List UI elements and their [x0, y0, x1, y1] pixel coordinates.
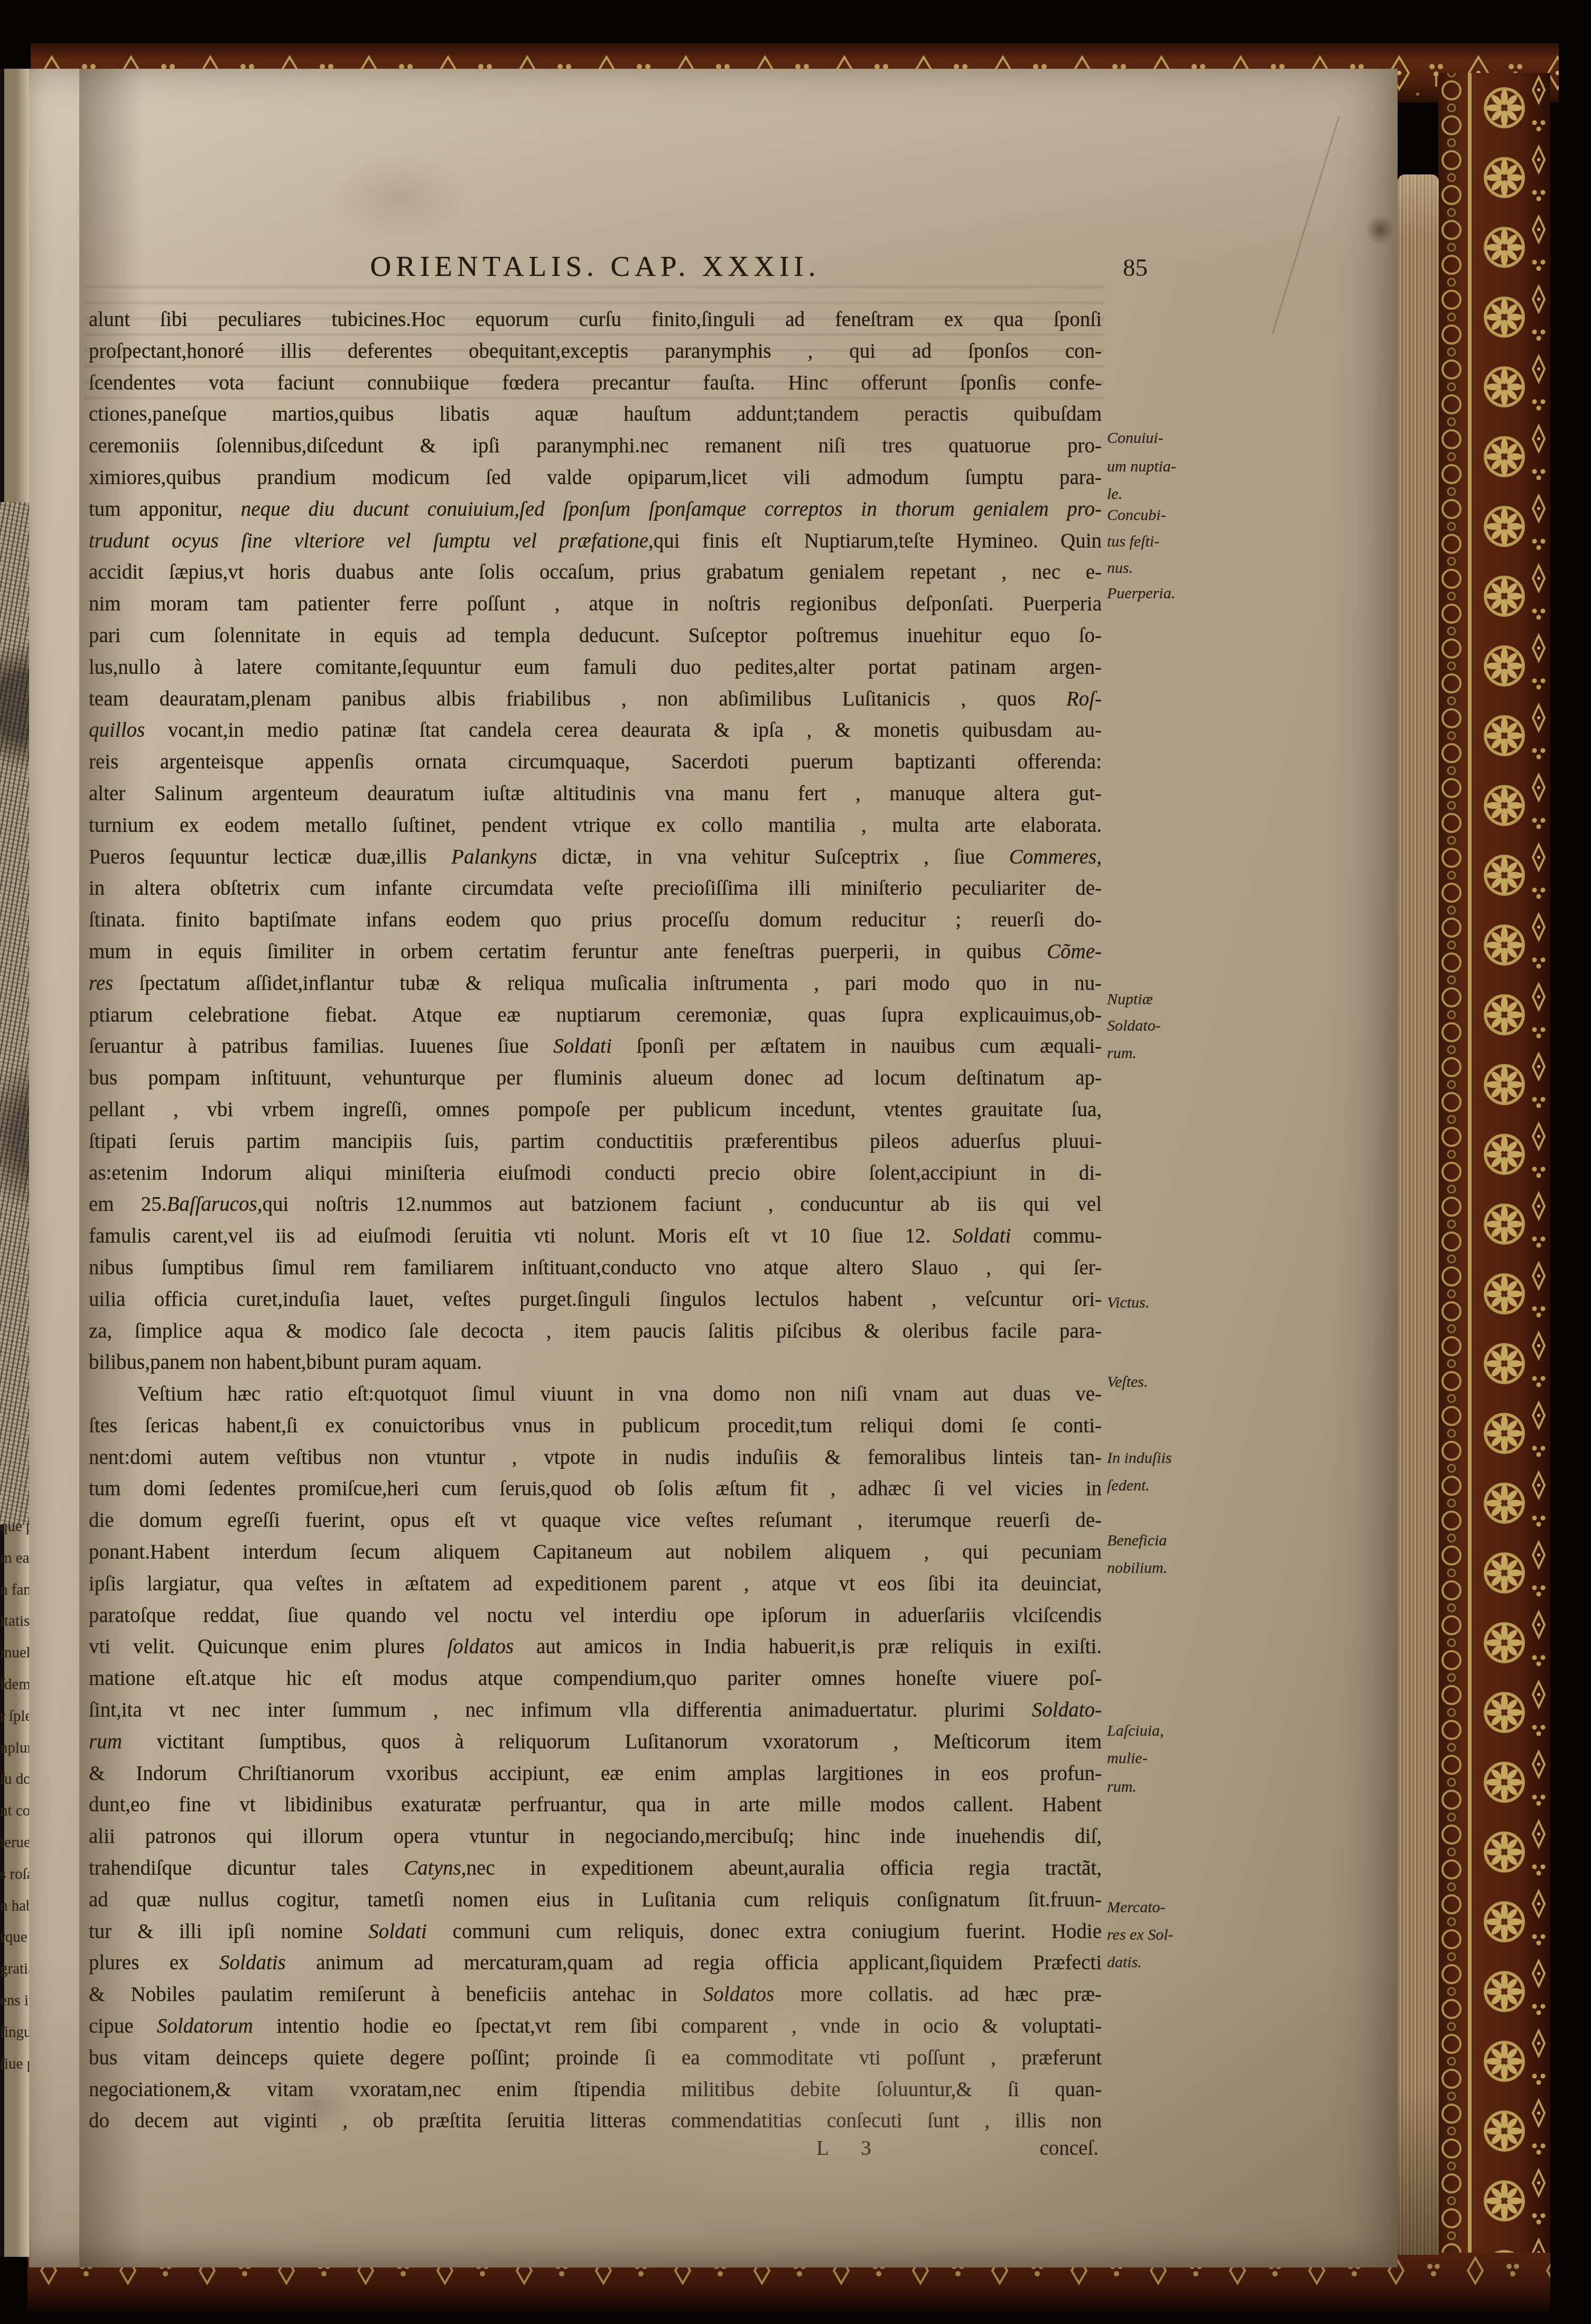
body-line: ſint,ita vt nec inter ſummum , nec infim…: [89, 1695, 1102, 1726]
body-line: lus,nullo à latere comitante,ſequuntur e…: [89, 652, 1102, 683]
margin-note: Mercato-: [1107, 1899, 1243, 1916]
body-line: trudunt ocyus ſine vlteriore vel ſumptu …: [89, 525, 1102, 557]
signature-mark: L 3: [816, 2136, 885, 2160]
body-line: za, ſimplice aqua & modico ſale decocta …: [89, 1316, 1102, 1347]
margin-note: Laſciuia,: [1107, 1722, 1243, 1740]
gilt-tooling-frieze-pattern: [1438, 73, 1550, 2298]
body-line: bilibus,panem non habent,bibunt puram aq…: [89, 1347, 1102, 1378]
body-line: famulis carent,vel iis ad eiuſmodi ſerui…: [89, 1220, 1102, 1252]
body-line: ponant.Habent interdum ſecum aliquem Cap…: [89, 1536, 1102, 1568]
body-line: uilia officia curet,induſia lauet, veſte…: [89, 1284, 1102, 1316]
margin-note: In induſiis: [1107, 1449, 1243, 1467]
body-line: bus vitam deinceps quiete degere poſſint…: [89, 2042, 1102, 2074]
body-line: do decem aut viginti , ob præſtita ſerui…: [89, 2105, 1102, 2137]
margin-note: tus feſti-: [1107, 533, 1243, 551]
margin-note: ſedent.: [1107, 1477, 1243, 1495]
body-line: matione eſt.atque hic eſt modus atque co…: [89, 1663, 1102, 1695]
page-scan: ORIENTALIS. CAP. XXXII. 85 alunt ſibi pe…: [29, 69, 1398, 2267]
margin-note: mulie-: [1107, 1749, 1243, 1767]
margin-note: nus.: [1107, 559, 1243, 577]
body-line: team deauratam,plenam panibus albis fria…: [89, 683, 1102, 715]
margin-note: rum.: [1107, 1778, 1243, 1796]
margin-note: Victus.: [1107, 1294, 1243, 1312]
body-line: turnium ex eodem metallo ſuſtinet, pende…: [89, 810, 1102, 841]
body-line: em 25.Baſſarucos,qui noſtris 12.nummos a…: [89, 1189, 1102, 1220]
body-line: ctiones,paneſque martios,quibus libatis …: [89, 399, 1102, 430]
body-line: mum in equis ſimiliter in orbem certatim…: [89, 936, 1102, 968]
margin-note: datis.: [1107, 1953, 1243, 1971]
body-line: tur & illi ipſi nomine Soldati communi c…: [89, 1916, 1102, 1948]
margin-note: Puerperia.: [1107, 585, 1243, 603]
body-line: dunt,eo fine vt libidinibus exaturatæ pe…: [89, 1789, 1102, 1821]
margin-note: le.: [1107, 485, 1243, 503]
body-line: ceremoniis ſolennibus,diſcedunt & ipſi p…: [89, 430, 1102, 462]
body-line: nim moram tam patienter ferre poſſunt , …: [89, 588, 1102, 620]
page-header-title: ORIENTALIS. CAP. XXXII.: [89, 249, 1102, 283]
margin-notes-column: Conuiui-um nuptia-le.Concubi-tus feſti-n…: [1107, 69, 1244, 2267]
book-photo-scene: que paritm ea potn famuliitatis prioinue…: [0, 0, 1591, 2324]
body-line: ſtes ſericas habent,ſi ex conuictoribus …: [89, 1410, 1102, 1442]
body-line: ad quæ nullus cogitur, tametſi nomen eiu…: [89, 1884, 1102, 1916]
body-line: & Indorum Chriſtianorum vxoribus accipiu…: [89, 1758, 1102, 1790]
body-line: alunt ſibi peculiares tubicines.Hoc equo…: [89, 304, 1102, 336]
margin-note: Veſtes.: [1107, 1373, 1243, 1391]
body-line: plures ex Soldatis animum ad mercaturam,…: [89, 1947, 1102, 1979]
body-line: accidit ſæpius,vt horis duabus ante ſoli…: [89, 557, 1102, 588]
body-line: pari cum ſolennitate in equis ad templa …: [89, 620, 1102, 652]
catchword: conceſ.: [1039, 2136, 1099, 2160]
paper-stain: [325, 153, 473, 243]
body-line: proſpectant,honoré illis deferentes obeq…: [89, 336, 1102, 367]
body-line: ſtinata. finito baptiſmate infans eodem …: [89, 904, 1102, 936]
body-line: as:etenim Indorum aliqui miniſteria eiuſ…: [89, 1158, 1102, 1189]
body-line: nibus ſumptibus ſimul rem familiarem inſ…: [89, 1252, 1102, 1284]
body-line: in altera obſtetrix cum infante circumda…: [89, 873, 1102, 904]
body-line: cipue Soldatorum intentio hodie eo ſpect…: [89, 2011, 1102, 2042]
page-footer: L 3 conceſ.: [89, 2136, 1102, 2168]
body-line: ipſis largiatur, qua veſtes in æſtatem a…: [89, 1568, 1102, 1600]
paper-spot: [1365, 216, 1395, 244]
body-line: ximiores,quibus prandium modicum ſed val…: [89, 462, 1102, 494]
body-line: pellant , vbi vrbem ingreſſi, omnes pomp…: [89, 1094, 1102, 1126]
margin-note: res ex Sol-: [1107, 1926, 1243, 1944]
body-line: die domum egreſſi fuerint, opus eſt vt q…: [89, 1505, 1102, 1536]
body-line: paratoſque reddat, ſiue quando vel noctu…: [89, 1600, 1102, 1632]
body-line: vti velit. Quicunque enim plures ſoldato…: [89, 1631, 1102, 1663]
body-line: trahendiſque dicuntur tales Catyns,nec i…: [89, 1853, 1102, 1884]
body-line: tum apponitur, neque diu ducunt conuiuiu…: [89, 494, 1102, 525]
body-line: ptiarum celebratione fiebat. Atque eæ nu…: [89, 999, 1102, 1031]
body-line: ſtipati ſeruis partim mancipiis ſuis, pa…: [89, 1126, 1102, 1158]
body-line: ſeruantur à patribus familias. Iuuenes ſ…: [89, 1031, 1102, 1062]
margin-note: Concubi-: [1107, 506, 1243, 524]
gutter-shadow: [79, 69, 143, 2267]
margin-note: Nuptiæ: [1107, 990, 1243, 1008]
body-line: alter Salinum argenteum deauratum iuſtæ …: [89, 778, 1102, 810]
body-line: bus pompam inſtituunt, vehunturque per f…: [89, 1062, 1102, 1094]
body-line: alii patronos qui illorum opera vtuntur …: [89, 1821, 1102, 1853]
body-line: Veſtium hæc ratio eſt:quotquot ſimul viu…: [89, 1378, 1102, 1410]
margin-note: nobilium.: [1107, 1559, 1243, 1577]
margin-note: Beneficia: [1107, 1532, 1243, 1550]
body-line: Pueros ſequuntur lecticæ duæ,illis Palan…: [89, 841, 1102, 873]
body-text: alunt ſibi peculiares tubicines.Hoc equo…: [89, 304, 1102, 2137]
body-line: res ſpectatum aſſidet,inflantur tubæ & r…: [89, 968, 1102, 999]
book-fore-edge-pages: [1398, 174, 1439, 2255]
body-line: reis argenteisque appenſis ornata circum…: [89, 746, 1102, 778]
body-line: rum victitant ſumptibus, quos à reliquor…: [89, 1726, 1102, 1758]
margin-note: Conuiui-: [1107, 429, 1243, 447]
margin-note: um nuptia-: [1107, 458, 1243, 476]
margin-note: Soldato-: [1107, 1017, 1243, 1035]
body-line: & Nobiles paulatim remiſerunt à benefici…: [89, 1979, 1102, 2011]
body-line: nent:domi autem veſtibus non vtuntur , v…: [89, 1442, 1102, 1474]
body-line: quillos vocant,in medio patinæ ſtat cand…: [89, 715, 1102, 746]
leather-cover-right-edge: [1438, 73, 1550, 2298]
body-line: tum domi ſedentes promiſcue,heri cum ſer…: [89, 1473, 1102, 1505]
body-line: negociationem,& vitam vxoratam,nec enim …: [89, 2074, 1102, 2106]
body-line: ſcendentes vota faciunt connubiique fœde…: [89, 367, 1102, 399]
margin-note: rum.: [1107, 1044, 1243, 1062]
